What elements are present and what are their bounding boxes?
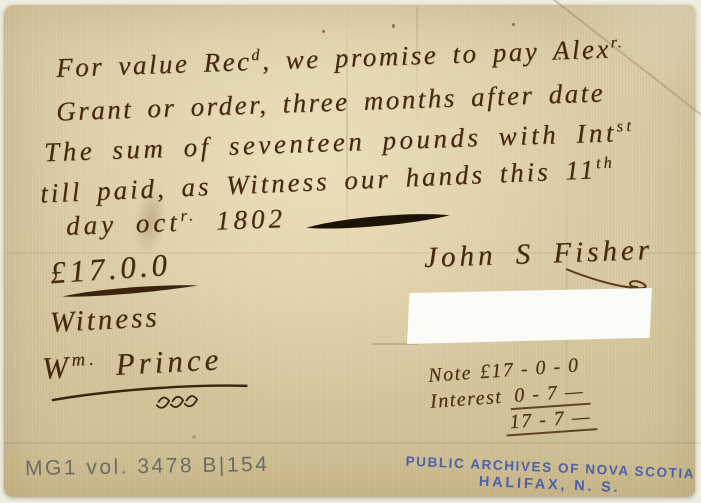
paper-sheet: For value Recd, we promise to pay Alexr.… — [4, 5, 695, 497]
note-line-1-text: For value Rec — [56, 46, 252, 83]
calc-note-label: Note — [427, 362, 472, 387]
scanned-document-page: For value Recd, we promise to pay Alexr.… — [0, 0, 701, 503]
ink-dash-flourish — [304, 207, 453, 237]
note-line-2-text: Grant or order, three months after date — [56, 77, 606, 126]
superscript: st — [616, 117, 634, 136]
superscript: r. — [180, 206, 197, 225]
amount-text: £17.0.0 — [49, 247, 172, 290]
superscript: th — [596, 153, 615, 172]
vertical-crease — [416, 7, 418, 137]
witness-signature-text: W — [41, 349, 73, 386]
signature-john-s-fisher: John S Fisher — [423, 234, 653, 275]
calc-total-amount: 17 - 7 — — [505, 405, 598, 436]
paper-speck — [512, 23, 515, 26]
horizontal-crease — [4, 442, 701, 444]
note-line-5-text: day oct — [66, 207, 182, 241]
paper-speck — [192, 435, 196, 439]
witness-label-text: Witness — [49, 301, 160, 339]
note-line-5-year: 1802 — [197, 203, 287, 236]
superscript: m. — [71, 348, 98, 370]
white-patch — [407, 288, 652, 344]
signature-text: John S Fisher — [423, 234, 653, 274]
superscript: r. — [610, 33, 624, 51]
paper-speck — [392, 24, 395, 28]
note-line-5-date: day octr. 1802 — [66, 203, 287, 242]
witness-signature-flourish — [49, 380, 250, 420]
superscript: d — [251, 46, 262, 64]
witness-signature-text: Prince — [97, 341, 223, 382]
pencil-reference-text: MG1 vol. 3478 B|154 — [25, 453, 270, 480]
witness-signature-wm-prince: Wm. Prince — [41, 341, 223, 386]
interest-calculation: Note£17 - 0 - 0 Interest0 - 7 — 17 - 7 — — [427, 353, 597, 442]
amount-pounds: £17.0.0 — [49, 247, 172, 291]
calc-note-amount: £17 - 0 - 0 — [479, 354, 580, 383]
archives-stamp: PUBLIC ARCHIVES OF NOVA SCOTIA HALIFAX, … — [400, 454, 699, 500]
calc-interest-label: Interest — [429, 386, 503, 413]
archival-pencil-reference: MG1 vol. 3478 B|154 — [25, 453, 270, 481]
note-line-1: For value Recd, we promise to pay Alexr. — [56, 33, 625, 84]
paper-speck — [322, 30, 325, 33]
witness-label: Witness — [49, 301, 160, 340]
